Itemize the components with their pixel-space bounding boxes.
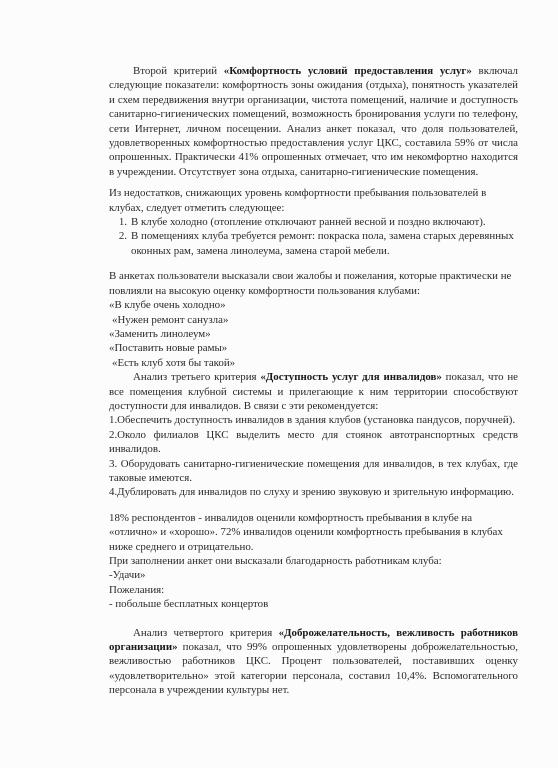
section3-criterion-name: «Доступность услуг для инвалидов» [260,371,441,383]
wishes-label: Пожелания: [109,583,518,597]
spacer [109,500,518,511]
wishes-item: - побольше бесплатных концертов [109,597,518,611]
list-item-text: В помещениях клуба требуется ремонт: пок… [131,230,514,256]
list-number: 1. [111,215,127,229]
shortcomings-intro: Из недостатков, снижающих уровень комфор… [109,186,518,215]
complaint-quote: «Заменить линолеум» [109,327,518,341]
section4-paragraph: Анализ четвертого критерия «Доброжелател… [109,626,518,698]
spacer [109,179,518,186]
section2-paragraph: Второй критерий «Комфортность условий пр… [109,64,518,179]
list-number: 2. [111,229,127,243]
document-body: Второй критерий «Комфортность условий пр… [109,64,518,698]
recommendation-item: 2.Около филиалов ЦКС выделить место для … [109,428,518,457]
section3-paragraph: Анализ третьего критерия «Доступность ус… [109,370,518,413]
disabled-survey-result: 18% респондентов - инвалидов оценили ком… [109,511,518,554]
list-item-text: В клубе холодно (отопление отключают ран… [131,216,486,228]
complaint-quote: «Поставить новые рамы» [109,341,518,355]
section3-intro-prefix: Анализ третьего критерия [133,371,260,383]
complaint-quote: «Есть клуб хотя бы такой» [109,356,518,370]
shortcomings-list: 1. В клубе холодно (отопление отключают … [109,215,518,258]
recommendation-item: 1.Обеспечить доступность инвалидов в зда… [109,413,518,427]
gratitude-intro: При заполнении анкет они высказали благо… [109,554,518,568]
section4-intro-prefix: Анализ четвертого критерия [133,627,279,639]
recommendation-item: 4.Дублировать для инвалидов по слуху и з… [109,485,518,499]
spacer [109,612,518,626]
complaints-intro: В анкетах пользователи высказали свои жа… [109,269,518,298]
shortcoming-item: 2. В помещениях клуба требуется ремонт: … [131,229,518,258]
shortcoming-item: 1. В клубе холодно (отопление отключают … [131,215,518,229]
spacer [109,258,518,269]
complaint-quote: «Нужен ремонт санузла» [109,313,518,327]
recommendation-item: 3. Оборудовать санитарно-гигиенические п… [109,457,518,486]
gratitude-item: -Удачи» [109,568,518,582]
document-page: Второй критерий «Комфортность условий пр… [0,0,558,768]
complaint-quote: «В клубе очень холодно» [109,298,518,312]
section2-intro-suffix: включал следующие показатели: комфортнос… [109,65,518,178]
section2-criterion-name: «Комфортность условий предоставления усл… [224,65,472,77]
section2-intro-prefix: Второй критерий [133,65,224,77]
